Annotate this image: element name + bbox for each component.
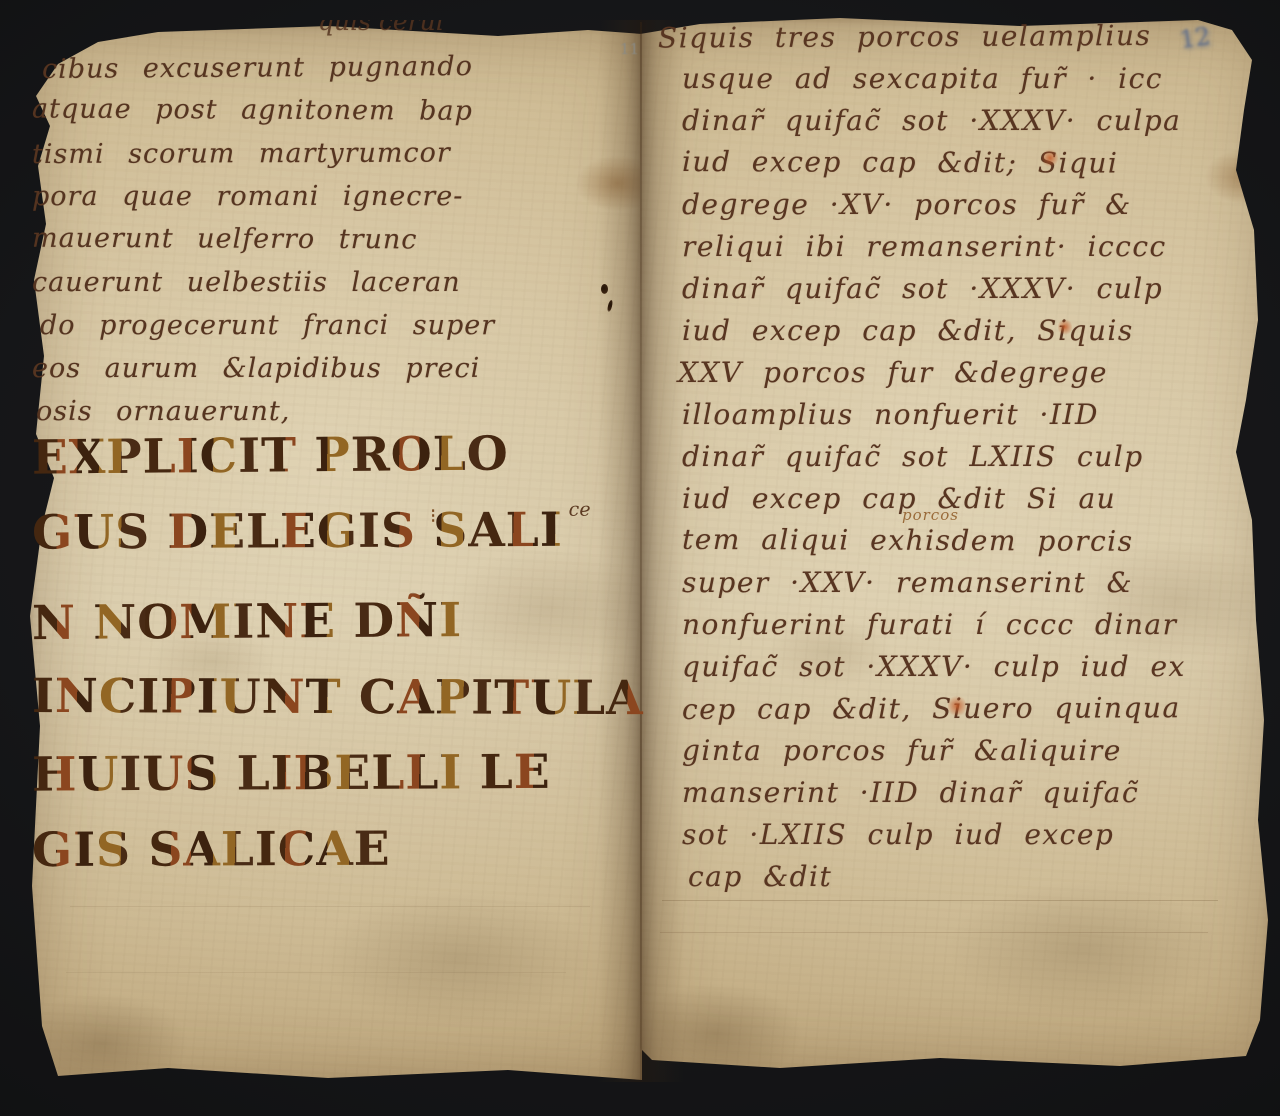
display-line-explicit: EXPLICIT PROLO	[32, 415, 633, 496]
manuscript-line: dinar̃ quifac̃ sot LXIIS culp	[652, 436, 1252, 478]
left-page-text-block: cibus excuserunt pugnando atquae post ag…	[32, 46, 622, 433]
manuscript-line: reliqui ibi remanserint· icccc	[652, 226, 1252, 268]
manuscript-line: super ·XXV· remanserint &	[652, 562, 1252, 604]
display-line-incipiunt-capitula: INCIPIUNT CAPITULA	[32, 659, 632, 737]
manuscript-line: XXV porcos fur &degrege	[652, 352, 1252, 394]
manuscript-line: sot ·LXIIS culp iud excep	[652, 814, 1252, 856]
display-line-huius-libelli-le: HUIUS LIBELLI LE	[32, 734, 632, 813]
manuscript-photo: quis cerui cibus excuserunt pugnando atq…	[0, 0, 1280, 1116]
manuscript-line: do progecerunt franci super	[32, 304, 622, 347]
manuscript-line: dinar̃ quifac̃ sot ·XXXV· culp	[652, 268, 1252, 310]
manuscript-line: degrege ·XV· porcos fur̃ &	[652, 184, 1252, 226]
manuscript-line: iud excep cap &dit, Siquis	[652, 310, 1252, 352]
manuscript-line: cep cap &dit, Siuero quinqua	[652, 687, 1252, 731]
gutter-pencil-mark: 11	[620, 40, 639, 58]
right-page-text-block: Siquis tres porcos uelamplius usque ad s…	[652, 16, 1252, 898]
display-line-gis-salicae: GIS SALICAE	[32, 811, 632, 889]
manuscript-line: usque ad sexcapita fur̃ · icc	[652, 58, 1252, 100]
manuscript-line: cap &dit	[652, 856, 1252, 898]
interlinear-gloss: porcos	[902, 506, 959, 524]
manuscript-line: dinar̃ quifac̃ sot ·XXXV· culpa	[652, 100, 1252, 142]
manuscript-line: nonfuerint furati í cccc dinar	[652, 604, 1252, 646]
left-page-trimmed-line: quis cerui	[318, 20, 444, 44]
manuscript-line: eos aurum &lapidibus preci	[32, 347, 622, 390]
manuscript-line: quifac̃ sot ·XXXV· culp iud ex	[652, 646, 1252, 688]
manuscript-line: mauerunt uelferro trunc	[32, 217, 622, 263]
superscript-ce: ce	[569, 499, 591, 521]
divider-dots: ⁝	[430, 507, 436, 523]
trimmed-line-text: quis cerui	[318, 20, 444, 36]
display-line-n-nomine-dni: N NOMINE DÑI	[32, 582, 633, 662]
manuscript-line: tismi scorum martyrumcor	[32, 131, 622, 176]
manuscript-line: illoamplius nonfuerit ·IID	[652, 394, 1252, 436]
manuscript-line: manserint ·IID dinar̃ quifac̃	[652, 772, 1252, 814]
manuscript-line: Siquis tres porcos uelamplius	[652, 14, 1252, 59]
manuscript-line: cauerunt uelbestiis laceran	[32, 261, 622, 304]
manuscript-line: cibus excuserunt pugnando	[32, 44, 622, 91]
folio-number-smudge: 12	[1178, 22, 1212, 54]
manuscript-line: atquae post agnitonem bap	[32, 87, 622, 133]
manuscript-line: tem aliqui exhisdem porcis	[652, 519, 1252, 564]
manuscript-line: pora quae romani ignecre-	[32, 175, 622, 218]
manuscript-line: iud excep cap &dit; Siqui	[652, 141, 1252, 185]
left-page-display-capitals: EXPLICIT PROLO GUS DELEGIS SALIce ⁝ N NO…	[32, 418, 632, 888]
display-line-gus-delegis-sali: GUS DELEGIS SALIce ⁝	[32, 492, 632, 571]
manuscript-line: ginta porcos fur̃ &aliquire	[652, 730, 1252, 772]
